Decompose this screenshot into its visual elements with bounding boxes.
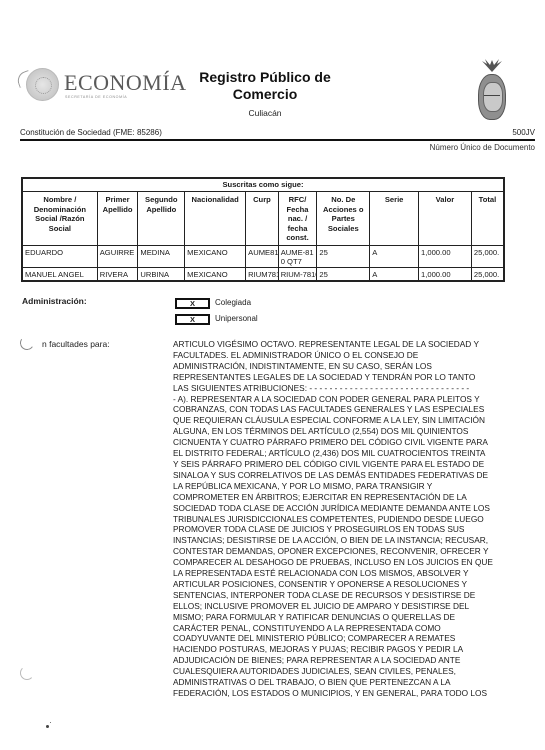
national-seal-icon [26, 68, 59, 101]
faculties-line: CUALESQUIERA AUTORIDADES JUDICIALES, SEA… [173, 666, 530, 677]
table-cell: RIUM-7810 [278, 268, 317, 282]
checkbox-mark: X [175, 314, 210, 325]
faculties-line: ADMINISTRATIVAS O DEL TRABAJO, O BIEN QU… [173, 677, 530, 688]
faculties-line: ARTICULO VIGÉSIMO OCTAVO. REPRESENTANTE … [173, 339, 530, 350]
faculties-line: LAS SIGUIENTES ATRIBUCIONES: - - - - - -… [173, 383, 530, 394]
faculties-line: EL DISTRITO FEDERAL; ARTÍCULO (2,436) DO… [173, 448, 530, 459]
logo-subtitle: SECRETARÍA DE ECONOMÍA [65, 95, 127, 99]
faculties-line: HACIENDO POSTURAS, MEJORAS Y PUJAS; RECI… [173, 644, 530, 655]
option-label: Unipersonal [215, 314, 258, 323]
table-cell: MANUEL ANGEL [22, 268, 97, 282]
faculties-line: COMPROMETER EN ÁRBITROS; EJERCITAR EN RE… [173, 492, 530, 503]
faculties-line: REPRESENTANTES LEGALES DE LA SOCIEDAD Y … [173, 372, 530, 383]
column-header: Nombre / Denominación Social /Razón Soci… [22, 192, 97, 246]
table-cell: 25 [317, 246, 370, 268]
faculties-line: MISMO; PARA FORMULAR Y RATIFICAR DENUNCI… [173, 612, 530, 623]
logo-wordmark: ECONOMÍA [64, 70, 187, 96]
faculties-line: PROMOVER TODA CLASE DE JUICIOS Y PROSEGU… [173, 524, 530, 535]
faculties-line: ARTICULAR POSICIONES, CONSENTIR Y OPONER… [173, 579, 530, 590]
table-cell: MEDINA [138, 246, 185, 268]
column-header: Curp [246, 192, 279, 246]
faculties-line: ELLOS; INCLUSIVE PROMOVER EL JUICIO DE A… [173, 601, 530, 612]
page-title: Registro Público de Comercio [190, 69, 340, 103]
column-header: Total [471, 192, 504, 246]
faculties-line: QUE REQUIERAN CLÁUSULA ESPECIAL CONFORME… [173, 415, 530, 426]
table-cell: 25 [317, 268, 370, 282]
checkbox-mark: X [175, 298, 210, 309]
table-cell: URBINA [138, 268, 185, 282]
faculties-line: SENTENCIAS, INTERPONER TODA CLASE DE REC… [173, 590, 530, 601]
faculties-line: CARÁCTER PENAL, CONSTITUYENDO A LA REPRE… [173, 623, 530, 634]
economia-logo: ECONOMÍA SECRETARÍA DE ECONOMÍA [26, 68, 176, 104]
column-header: Primer Apellido [97, 192, 138, 246]
faculties-line: COBRANZAS, CON TODAS LAS FACULTADES GENE… [173, 404, 530, 415]
hole-punch-mark [20, 666, 34, 680]
faculties-line: COADYUVANTE DEL MINISTERIO PÚBLICO; COMP… [173, 633, 530, 644]
shares-table: Suscritas como sigue: Nombre / Denominac… [21, 177, 505, 282]
faculties-line: COMPARECER AL DESAHOGO DE PRUEBAS, INCLU… [173, 557, 530, 568]
faculties-line: SINALOA Y SUS CORRELATIVOS DE LAS DEMÁS … [173, 470, 530, 481]
hole-punch-mark [19, 335, 35, 351]
faculties-line: SOCIEDAD TODA CLASE DE ACCIÓN JURÍDICA M… [173, 503, 530, 514]
shield-icon [478, 74, 506, 120]
table-cell: MEXICANO [185, 246, 246, 268]
column-header: Nacionalidad [185, 192, 246, 246]
faculties-line: ADMINISTRACIÓN, INDISTINTAMENTE, EN SU C… [173, 361, 530, 372]
table-cell: A [370, 268, 419, 282]
faculties-text: ARTICULO VIGÉSIMO OCTAVO. REPRESENTANTE … [173, 339, 530, 699]
table-caption: Suscritas como sigue: [22, 178, 504, 192]
faculties-line: LA REPRESENTADA ESTÉ RELACIONADA CON LOS… [173, 568, 530, 579]
faculties-line: FACULTADES. EL ADMINISTRADOR ÚNICO O EL … [173, 350, 530, 361]
faculties-line: LA REPÚBLICA MEXICANA, Y POR LO MISMO, P… [173, 481, 530, 492]
faculties-line: INSTANCIAS; DESISTIRSE DE LA ACCIÓN, O B… [173, 535, 530, 546]
column-header: Valor [419, 192, 472, 246]
table-cell: A [370, 246, 419, 268]
table-cell: AUME81 [246, 246, 279, 268]
column-header: RFC/ Fecha nac. / fecha const. [278, 192, 317, 246]
title-line-2: Comercio [190, 86, 340, 103]
column-header: Segundo Apellido [138, 192, 185, 246]
state-coat-of-arms-icon [474, 58, 510, 126]
faculties-line: ALGUNA, EN LOS TÉRMINOS DEL ARTÍCULO (2,… [173, 426, 530, 437]
city-label: Culiacán [190, 108, 340, 118]
table-cell: 1,000.00 [419, 268, 472, 282]
unique-document-number-label: Número Único de Documento [430, 143, 535, 152]
header-divider [20, 139, 535, 141]
table-cell: 1,000.00 [419, 246, 472, 268]
faculties-line: CICNUENTA Y CUATRO PÁRRAFO PRIMERO DEL C… [173, 437, 530, 448]
scan-speck [46, 725, 49, 728]
faculties-line: FEDERACIÓN, LOS ESTADOS O MUNICIPIOS, Y … [173, 688, 530, 699]
scan-speck [50, 722, 51, 723]
faculties-line: TRIBUNALES JURISDICCIONALES COMPETENTES,… [173, 514, 530, 525]
faculties-line: ADJUDICACIÓN DE BIENES; PARA REPRESENTAR… [173, 655, 530, 666]
document-code: 500JV [512, 128, 535, 137]
administration-label: Administración: [22, 296, 87, 306]
table-cell: EDUARDO [22, 246, 97, 268]
eagle-icon [476, 58, 508, 74]
document-type: Constitución de Sociedad (FME: 85286) [20, 128, 162, 137]
table-cell: RIVERA [97, 268, 138, 282]
table-cell: MEXICANO [185, 268, 246, 282]
column-header: No. De Acciones o Partes Sociales [317, 192, 370, 246]
faculties-line: Y SEIS PÁRRAFO PRIMERO DEL CÓDIGO CIVIL … [173, 459, 530, 470]
faculties-line: - A). REPRESENTAR A LA SOCIEDAD CON PODE… [173, 394, 530, 405]
table-cell: AUME-810 QT7 [278, 246, 317, 268]
table-row: MANUEL ANGEL RIVERA URBINA MEXICANO RIUM… [22, 268, 504, 282]
table-cell: AGUIRRE [97, 246, 138, 268]
table-cell: 25,000. [471, 246, 504, 268]
column-header: Serie [370, 192, 419, 246]
title-line-1: Registro Público de [190, 69, 340, 86]
table-row: EDUARDO AGUIRRE MEDINA MEXICANO AUME81 A… [22, 246, 504, 268]
option-label: Colegiada [215, 298, 251, 307]
table-cell: 25,000. [471, 268, 504, 282]
faculties-label: n facultades para: [42, 339, 110, 349]
table-cell: RIUM781 [246, 268, 279, 282]
table-header-row: Nombre / Denominación Social /Razón Soci… [22, 192, 504, 246]
faculties-line: CONTESTAR DEMANDAS, OPONER EXCEPCIONES, … [173, 546, 530, 557]
